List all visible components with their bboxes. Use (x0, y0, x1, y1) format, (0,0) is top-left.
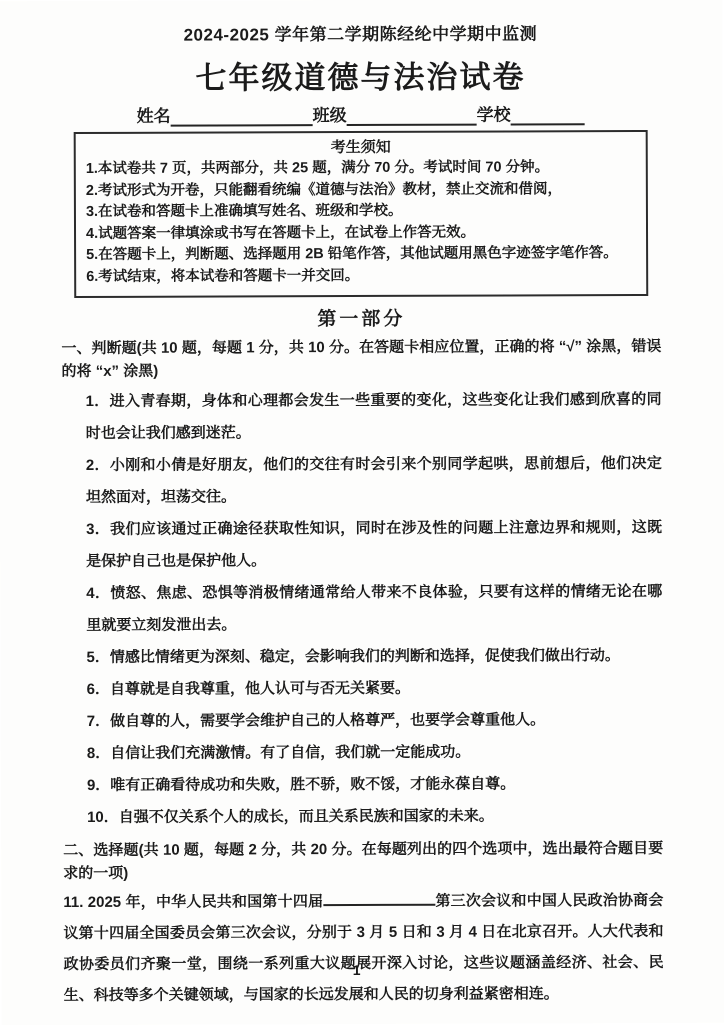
question-11-text-before: 11. 2025 年，中华人民共和国第十四届 (63, 893, 323, 911)
question-item: 8．自信让我们充满激情。有了自信，我们就一定能成功。 (63, 736, 663, 770)
question-item: 5．情感比情绪更为深刻、稳定，会影响我们的判断和选择，促使我们做出行动。 (62, 640, 662, 674)
student-info-row: 姓名班级学校 (61, 105, 661, 127)
question-item: 7．做自尊的人，需要学会维护自己的人格尊严，也要学会尊重他人。 (63, 704, 663, 738)
question-item: 4．愤怒、焦虑、恐惧等消极情绪通常给人带来不良体验，只要有这样的情绪无论在哪里就… (62, 576, 662, 642)
section-one-title: 第一部分 (61, 303, 661, 332)
page-number: 1 (2, 961, 712, 979)
question-item: 1．进入青春期，身体和心理都会发生一些重要的变化，这些变化让我们感到欣喜的同时也… (62, 384, 662, 450)
question-item: 10．自强不仅关系个人的成长，而且关系民族和国家的未来。 (63, 800, 663, 834)
question-11: 11. 2025 年，中华人民共和国第十四届第三次会议和中国人民政治协商会议第十… (63, 885, 663, 1011)
exam-term-line: 2024-2025 学年第二学期陈经纶中学期中监测 (60, 19, 660, 46)
name-label: 姓名 (137, 107, 171, 127)
question-item: 6．自尊就是自我尊重，他人认可与否无关紧要。 (63, 672, 663, 706)
candidate-notice-box: 考生须知 1.本试卷共 7 页，共两部分，共 25 题，满分 70 分。考试时间… (74, 130, 649, 298)
question-item: 9．唯有正确看待成功和失败，胜不骄，败不馁，才能永葆自尊。 (63, 768, 663, 802)
notice-item: 1.本试卷共 7 页，共两部分，共 25 题，满分 70 分。考试时间 70 分… (86, 157, 636, 180)
paper-title: 七年级道德与法治试卷 (60, 51, 660, 98)
judgement-question-list: 1．进入青春期，身体和心理都会发生一些重要的变化，这些变化让我们感到欣喜的同时也… (62, 384, 664, 834)
school-blank-line (511, 106, 585, 125)
page-content: 2024-2025 学年第二学期陈经纶中学期中监测 七年级道德与法治试卷 姓名班… (0, 0, 724, 1011)
part1-judgement-heading: 一、判断题(共 10 题，每题 1 分，共 10 分。在答题卡相应位置，正确的将… (61, 335, 661, 383)
notice-item: 5.在答题卡上，判断题、选择题用 2B 铅笔作答，其他试题用黑色字迹签字笔作答。 (86, 243, 636, 266)
notice-title: 考生须知 (86, 136, 636, 159)
notice-item: 4.试题答案一律填涂或书写在答题卡上，在试卷上作答无效。 (86, 222, 636, 245)
school-label: 学校 (477, 105, 511, 125)
exam-paper-page: 2024-2025 学年第二学期陈经纶中学期中监测 七年级道德与法治试卷 姓名班… (0, 0, 724, 1025)
notice-item: 2.考试形式为开卷，只能翻看统编《道德与法治》教材，禁止交流和借阅， (86, 179, 636, 202)
part2-choice-heading: 二、选择题(共 10 题，每题 2 分，共 20 分。在每题列出的四个选项中，选… (63, 837, 663, 885)
question-item: 2．小刚和小倩是好朋友，他们的交往有时会引来个别同学起哄，思前想后，他们决定坦然… (62, 448, 662, 514)
question-11-blank-line (323, 891, 435, 906)
name-blank-line (171, 107, 313, 126)
class-label: 班级 (313, 106, 347, 126)
class-blank-line (347, 107, 477, 126)
question-item: 3．我们应该通过正确途径获取性知识，同时在涉及性的问题上注意边界和规则，这既是保… (62, 512, 662, 578)
notice-item: 6.考试结束，将本试卷和答题卡一并交回。 (86, 265, 636, 288)
notice-item: 3.在试卷和答题卡上准确填写姓名、班级和学校。 (86, 200, 636, 223)
